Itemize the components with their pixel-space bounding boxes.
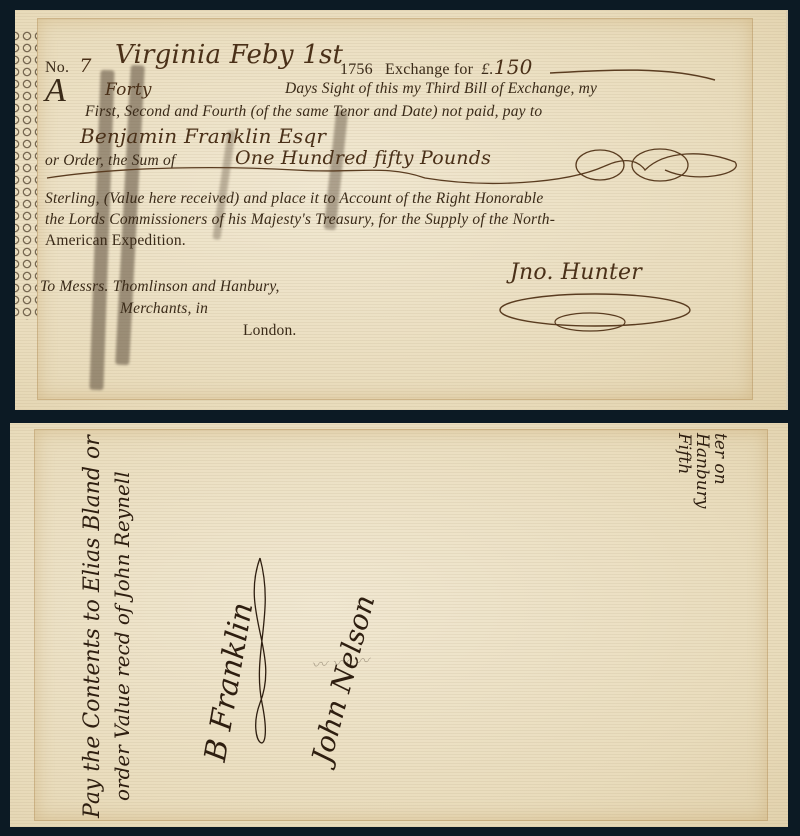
endorsement-line-1: Pay the Contents to Elias Bland or [80,435,105,818]
currency-symbol: £. [481,61,493,78]
sum-flourish [45,140,745,190]
notation-line-1: Fifth [674,433,694,474]
year: 1756 [340,61,373,78]
notation-line-2: Hanbury [692,433,712,508]
franklin-flourish [240,553,280,773]
place-date: Virginia Feby 1st [115,40,343,70]
addressee-line-3: London. [243,322,297,340]
exchange-label: Exchange for [385,61,473,78]
endorsement-line-2: order Value recd of John Reynell [110,471,134,801]
ornamental-border [15,30,37,320]
engraved-plate-border [34,429,768,821]
print-line-5: the Lords Commissioners of his Majesty's… [45,211,555,229]
addressee-line-2: Merchants, in [120,300,208,318]
signature-flourish [495,280,715,340]
amount: 150 [494,55,533,79]
bill-number: 7 [79,55,91,77]
print-line-2: First, Second and Fourth (of the same Te… [85,103,542,121]
bill-front: No. 7 Virginia Feby 1st 1756 Exchange fo… [15,10,788,410]
days-count: Forty [105,80,152,100]
bill-back: Pay the Contents to Elias Bland or order… [10,423,788,827]
print-line-4: Sterling, (Value here received) and plac… [45,190,543,207]
notation-line-3: ter on [710,433,730,485]
print-line-6: American Expedition. [45,232,186,250]
addressee-line-1: To Messrs. Thomlinson and Hanbury, [40,278,280,296]
initial-capital: A [45,72,66,110]
print-line-1: Days Sight of this my Third Bill of Exch… [285,80,597,98]
